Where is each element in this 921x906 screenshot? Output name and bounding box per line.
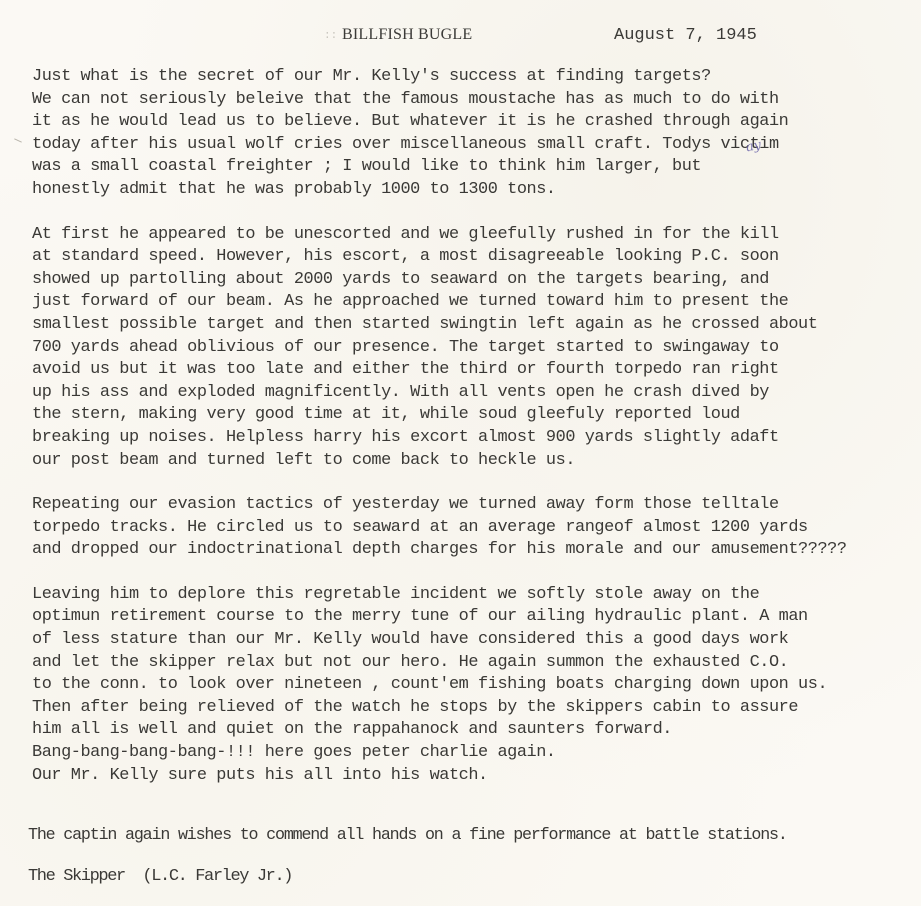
paragraph-1: Just what is the secret of our Mr. Kelly…: [32, 66, 921, 202]
text-line: Just what is the secret of our Mr. Kelly…: [32, 66, 917, 89]
paragraph-4: Leaving him to deplore this regretable i…: [32, 584, 921, 787]
text-line: At first he appeared to be unescorted an…: [32, 224, 917, 247]
text-line: and let the skipper relax but not our he…: [32, 652, 917, 675]
text-line: torpedo tracks. He circled us to seaward…: [32, 517, 917, 540]
text-line: We can not seriously beleive that the fa…: [32, 89, 917, 112]
text-line: at standard speed. However, his escort, …: [32, 246, 917, 269]
handwritten-correction: ay: [745, 138, 763, 156]
text-line: it as he would lead us to believe. But w…: [32, 111, 917, 134]
text-line: today after his usual wolf cries over mi…: [32, 134, 917, 157]
text-line: showed up partolling about 2000 yards to…: [32, 269, 917, 292]
article-body: Just what is the secret of our Mr. Kelly…: [32, 66, 921, 809]
text-line: to the conn. to look over nineteen , cou…: [32, 674, 917, 697]
text-line: him all is well and quiet on the rappaha…: [32, 719, 917, 742]
margin-mark: [14, 138, 22, 142]
text-line: avoid us but it was too late and either …: [32, 359, 917, 382]
masthead-smudge: ::: [324, 30, 337, 42]
text-line: was a small coastal freighter ; I would …: [32, 156, 917, 179]
masthead-title: BILLFISH BUGLE: [342, 26, 472, 44]
text-line: our post beam and turned left to come ba…: [32, 450, 917, 473]
text-line: the stern, making very good time at it, …: [32, 404, 917, 427]
paragraph-3: Repeating our evasion tactics of yesterd…: [32, 494, 921, 562]
text-line: just forward of our beam. As he approach…: [32, 291, 917, 314]
closing-statement: The captin again wishes to commend all h…: [28, 826, 787, 845]
issue-date: August 7, 1945: [614, 26, 757, 45]
newsletter-header: :: BILLFISH BUGLE August 7, 1945: [0, 26, 921, 50]
text-line: of less stature than our Mr. Kelly would…: [32, 629, 917, 652]
text-line: breaking up noises. Helpless harry his e…: [32, 427, 917, 450]
text-line: up his ass and exploded magnificently. W…: [32, 382, 917, 405]
document-page: :: BILLFISH BUGLE August 7, 1945 Just wh…: [0, 0, 921, 906]
text-line: optimun retirement course to the merry t…: [32, 606, 917, 629]
text-line: honestly admit that he was probably 1000…: [32, 179, 917, 202]
text-line: smallest possible target and then starte…: [32, 314, 917, 337]
signature: The Skipper (L.C. Farley Jr.): [28, 867, 292, 886]
text-line: Leaving him to deplore this regretable i…: [32, 584, 917, 607]
text-line: Then after being relieved of the watch h…: [32, 697, 917, 720]
text-line: 700 yards ahead oblivious of our presenc…: [32, 337, 917, 360]
paragraph-2: At first he appeared to be unescorted an…: [32, 224, 921, 473]
text-line: Our Mr. Kelly sure puts his all into his…: [32, 765, 917, 788]
text-line: and dropped our indoctrinational depth c…: [32, 539, 917, 562]
text-line: Bang-bang-bang-bang-!!! here goes peter …: [32, 742, 917, 765]
text-line: Repeating our evasion tactics of yesterd…: [32, 494, 917, 517]
